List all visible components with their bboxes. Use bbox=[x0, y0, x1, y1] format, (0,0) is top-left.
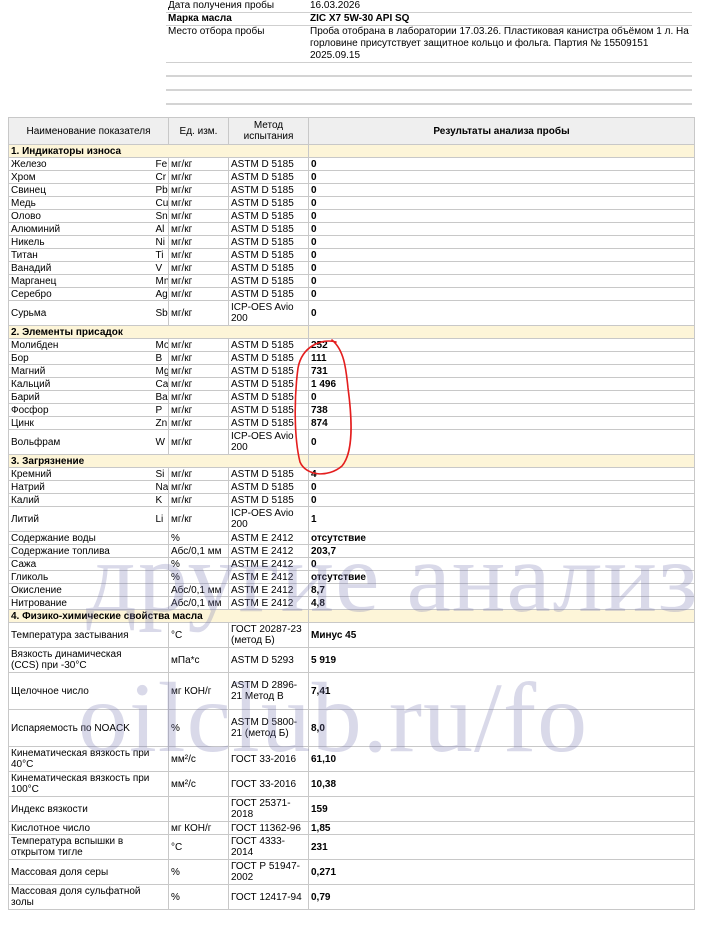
element-symbol: Fe bbox=[153, 158, 169, 171]
indicator-name: Кислотное число bbox=[9, 822, 153, 835]
result-value: 4 bbox=[309, 468, 695, 481]
table-row: ЛитийLiмг/кгICP-OES Avio 2001 bbox=[9, 507, 695, 532]
table-row: Кислотное числомг КОН/гГОСТ 11362-961,85 bbox=[9, 822, 695, 835]
element-symbol: Mo bbox=[153, 339, 169, 352]
info-blank-row bbox=[166, 76, 692, 90]
test-method: ICP-OES Avio 200 bbox=[229, 507, 309, 532]
test-method: ASTM D 5185 bbox=[229, 378, 309, 391]
unit: мг/кг bbox=[169, 275, 229, 288]
test-method: ASTM D 5185 bbox=[229, 391, 309, 404]
result-value: 0 bbox=[309, 288, 695, 301]
indicator-name: Медь bbox=[9, 197, 153, 210]
indicator-name: Кремний bbox=[9, 468, 153, 481]
info-label: Место отбора пробы bbox=[166, 26, 308, 63]
element-symbol bbox=[153, 673, 169, 710]
info-label: Марка масла bbox=[166, 13, 308, 26]
section-header-row: 2. Элементы присадок bbox=[9, 326, 695, 339]
element-symbol bbox=[153, 571, 169, 584]
unit: мг/кг bbox=[169, 184, 229, 197]
unit: мг/кг bbox=[169, 391, 229, 404]
result-value: 0 bbox=[309, 275, 695, 288]
table-row: Сажа%ASTM E 24120 bbox=[9, 558, 695, 571]
table-row: Гликоль%ASTM E 2412отсутствие bbox=[9, 571, 695, 584]
indicator-name: Кинематическая вязкость при 100°C bbox=[9, 772, 153, 797]
table-row: НитрованиеАбс/0,1 ммASTM E 24124,8 bbox=[9, 597, 695, 610]
indicator-name: Хром bbox=[9, 171, 153, 184]
test-method: ASTM D 5185 bbox=[229, 494, 309, 507]
element-symbol: K bbox=[153, 494, 169, 507]
element-symbol bbox=[153, 648, 169, 673]
indicator-name: Массовая доля серы bbox=[9, 860, 153, 885]
unit: мг/кг bbox=[169, 507, 229, 532]
result-value: 8,7 bbox=[309, 584, 695, 597]
section-title: 4. Физико-химические свойства масла bbox=[9, 610, 309, 623]
table-row: ВанадийVмг/кгASTM D 51850 bbox=[9, 262, 695, 275]
element-symbol: Cr bbox=[153, 171, 169, 184]
test-method: ASTM D 5185 bbox=[229, 184, 309, 197]
indicator-name: Сажа bbox=[9, 558, 153, 571]
result-value: 0 bbox=[309, 391, 695, 404]
info-value: Проба отобрана в лаборатории 17.03.26. П… bbox=[308, 26, 692, 63]
element-symbol bbox=[153, 747, 169, 772]
table-row: КремнийSiмг/кгASTM D 51854 bbox=[9, 468, 695, 481]
result-value: 1,85 bbox=[309, 822, 695, 835]
indicator-name: Цинк bbox=[9, 417, 153, 430]
table-row: КалийKмг/кгASTM D 51850 bbox=[9, 494, 695, 507]
element-symbol: Sn bbox=[153, 210, 169, 223]
table-row: ОкислениеАбс/0,1 ммASTM E 24128,7 bbox=[9, 584, 695, 597]
indicator-name: Фосфор bbox=[9, 404, 153, 417]
indicator-name: Щелочное число bbox=[9, 673, 153, 710]
unit: % bbox=[169, 532, 229, 545]
result-value: отсутствие bbox=[309, 532, 695, 545]
unit bbox=[169, 797, 229, 822]
element-symbol bbox=[153, 835, 169, 860]
unit: мг/кг bbox=[169, 352, 229, 365]
table-row: МедьCuмг/кгASTM D 51850 bbox=[9, 197, 695, 210]
element-symbol: W bbox=[153, 430, 169, 455]
unit: мг/кг bbox=[169, 210, 229, 223]
table-row: НатрийNaмг/кгASTM D 51850 bbox=[9, 481, 695, 494]
result-value: 0 bbox=[309, 236, 695, 249]
table-row: СурьмаSbмг/кгICP-OES Avio 2000 bbox=[9, 301, 695, 326]
table-row: Температура застывания°CГОСТ 20287-23 (м… bbox=[9, 623, 695, 648]
table-row: ТитанTiмг/кгASTM D 51850 bbox=[9, 249, 695, 262]
element-symbol: P bbox=[153, 404, 169, 417]
indicator-name: Нитрование bbox=[9, 597, 153, 610]
indicator-name: Молибден bbox=[9, 339, 153, 352]
section-header-row: 3. Загрязнение bbox=[9, 455, 695, 468]
unit: % bbox=[169, 710, 229, 747]
table-row: МолибденMoмг/кгASTM D 5185252 bbox=[9, 339, 695, 352]
test-method: ASTM D 5185 bbox=[229, 236, 309, 249]
table-row: Вязкость динамическая (CCS) при -30°CмПа… bbox=[9, 648, 695, 673]
test-method: ASTM E 2412 bbox=[229, 571, 309, 584]
indicator-name: Никель bbox=[9, 236, 153, 249]
result-value: 5 919 bbox=[309, 648, 695, 673]
table-row: Массовая доля сульфатной золы%ГОСТ 12417… bbox=[9, 885, 695, 910]
unit: мг КОН/г bbox=[169, 673, 229, 710]
element-symbol: B bbox=[153, 352, 169, 365]
unit: мПа*с bbox=[169, 648, 229, 673]
indicator-name: Серебро bbox=[9, 288, 153, 301]
test-method: ICP-OES Avio 200 bbox=[229, 301, 309, 326]
result-value: 0,271 bbox=[309, 860, 695, 885]
test-method: ASTM E 2412 bbox=[229, 545, 309, 558]
result-value: 731 bbox=[309, 365, 695, 378]
unit: мм²/с bbox=[169, 772, 229, 797]
element-symbol bbox=[153, 597, 169, 610]
indicator-name: Бор bbox=[9, 352, 153, 365]
result-value: Минус 45 bbox=[309, 623, 695, 648]
result-value: 874 bbox=[309, 417, 695, 430]
table-row: Содержание топливаАбс/0,1 ммASTM E 24122… bbox=[9, 545, 695, 558]
table-row: НикельNiмг/кгASTM D 51850 bbox=[9, 236, 695, 249]
table-row: ЖелезоFeмг/кгASTM D 51850 bbox=[9, 158, 695, 171]
indicator-name: Свинец bbox=[9, 184, 153, 197]
element-symbol: Mg bbox=[153, 365, 169, 378]
header-unit: Ед. изм. bbox=[169, 118, 229, 145]
table-row: БарийBaмг/кгASTM D 51850 bbox=[9, 391, 695, 404]
element-symbol bbox=[153, 885, 169, 910]
result-value: 0 bbox=[309, 430, 695, 455]
indicator-name: Индекс вязкости bbox=[9, 797, 153, 822]
element-symbol: Na bbox=[153, 481, 169, 494]
unit: мг/кг bbox=[169, 339, 229, 352]
element-symbol: V bbox=[153, 262, 169, 275]
result-value: 0 bbox=[309, 558, 695, 571]
test-method: ASTM D 5185 bbox=[229, 223, 309, 236]
result-value: 0,79 bbox=[309, 885, 695, 910]
unit: мг КОН/г bbox=[169, 822, 229, 835]
element-symbol bbox=[153, 532, 169, 545]
table-row: ЦинкZnмг/кгASTM D 5185874 bbox=[9, 417, 695, 430]
section-title: 2. Элементы присадок bbox=[9, 326, 309, 339]
result-value: 0 bbox=[309, 262, 695, 275]
unit: мг/кг bbox=[169, 158, 229, 171]
element-symbol bbox=[153, 584, 169, 597]
table-row: ОловоSnмг/кгASTM D 51850 bbox=[9, 210, 695, 223]
unit: мг/кг bbox=[169, 262, 229, 275]
result-value: 0 bbox=[309, 223, 695, 236]
test-method: ASTM D 5185 bbox=[229, 417, 309, 430]
table-row: Кинематическая вязкость при 100°Cмм²/сГО… bbox=[9, 772, 695, 797]
unit: мг/кг bbox=[169, 378, 229, 391]
unit: мг/кг bbox=[169, 288, 229, 301]
indicator-name: Ванадий bbox=[9, 262, 153, 275]
test-method: ГОСТ 12417-94 bbox=[229, 885, 309, 910]
unit: мг/кг bbox=[169, 249, 229, 262]
indicator-name: Испаряемость по NOACK bbox=[9, 710, 153, 747]
info-value: ZIC X7 5W-30 API SQ bbox=[308, 13, 692, 26]
unit: мм²/с bbox=[169, 747, 229, 772]
unit: °C bbox=[169, 835, 229, 860]
result-value: 0 bbox=[309, 197, 695, 210]
test-method: ASTM D 5185 bbox=[229, 468, 309, 481]
indicator-name: Натрий bbox=[9, 481, 153, 494]
element-symbol: Mn bbox=[153, 275, 169, 288]
unit: % bbox=[169, 571, 229, 584]
table-row: БорBмг/кгASTM D 5185111 bbox=[9, 352, 695, 365]
test-method: ГОСТ 33-2016 bbox=[229, 747, 309, 772]
element-symbol bbox=[153, 822, 169, 835]
indicator-name: Вольфрам bbox=[9, 430, 153, 455]
test-method: ASTM D 5185 bbox=[229, 288, 309, 301]
unit: % bbox=[169, 860, 229, 885]
indicator-name: Содержание топлива bbox=[9, 545, 153, 558]
element-symbol bbox=[153, 623, 169, 648]
test-method: ASTM D 5185 bbox=[229, 249, 309, 262]
table-row: КальцийCaмг/кгASTM D 51851 496 bbox=[9, 378, 695, 391]
element-symbol bbox=[153, 558, 169, 571]
unit: мг/кг bbox=[169, 197, 229, 210]
result-value: 0 bbox=[309, 171, 695, 184]
table-row: МарганецMnмг/кгASTM D 51850 bbox=[9, 275, 695, 288]
result-value: 0 bbox=[309, 301, 695, 326]
unit: % bbox=[169, 558, 229, 571]
result-value: 231 bbox=[309, 835, 695, 860]
test-method: ASTM D 5293 bbox=[229, 648, 309, 673]
test-method: ГОСТ 4333-2014 bbox=[229, 835, 309, 860]
indicator-name: Титан bbox=[9, 249, 153, 262]
result-value: 0 bbox=[309, 158, 695, 171]
unit: мг/кг bbox=[169, 223, 229, 236]
result-value: 738 bbox=[309, 404, 695, 417]
element-symbol: Sb bbox=[153, 301, 169, 326]
result-value: 0 bbox=[309, 249, 695, 262]
element-symbol: Ag bbox=[153, 288, 169, 301]
test-method: ASTM D 5185 bbox=[229, 275, 309, 288]
test-method: ASTM E 2412 bbox=[229, 532, 309, 545]
indicator-name: Содержание воды bbox=[9, 532, 153, 545]
result-value: 0 bbox=[309, 210, 695, 223]
indicator-name: Марганец bbox=[9, 275, 153, 288]
table-row: Содержание воды%ASTM E 2412отсутствие bbox=[9, 532, 695, 545]
test-method: ASTM D 5185 bbox=[229, 339, 309, 352]
unit: мг/кг bbox=[169, 301, 229, 326]
test-method: ГОСТ 11362-96 bbox=[229, 822, 309, 835]
test-method: ASTM D 5185 bbox=[229, 197, 309, 210]
table-row: ВольфрамWмг/кгICP-OES Avio 2000 bbox=[9, 430, 695, 455]
indicator-name: Температура вспышки в открытом тигле bbox=[9, 835, 153, 860]
unit: мг/кг bbox=[169, 171, 229, 184]
test-method: ASTM D 5185 bbox=[229, 158, 309, 171]
unit: °C bbox=[169, 623, 229, 648]
test-method: ASTM D 5185 bbox=[229, 171, 309, 184]
table-row: АлюминийAlмг/кгASTM D 51850 bbox=[9, 223, 695, 236]
unit: мг/кг bbox=[169, 481, 229, 494]
indicator-name: Окисление bbox=[9, 584, 153, 597]
indicator-name: Кальций bbox=[9, 378, 153, 391]
result-value: 111 bbox=[309, 352, 695, 365]
indicator-name: Сурьма bbox=[9, 301, 153, 326]
test-method: ASTM D 5185 bbox=[229, 352, 309, 365]
table-row: МагнийMgмг/кгASTM D 5185731 bbox=[9, 365, 695, 378]
element-symbol: Zn bbox=[153, 417, 169, 430]
table-row: СвинецPbмг/кгASTM D 51850 bbox=[9, 184, 695, 197]
indicator-name: Литий bbox=[9, 507, 153, 532]
info-row: Дата получения пробы16.03.2026 bbox=[166, 0, 692, 13]
header-result: Результаты анализа пробы bbox=[309, 118, 695, 145]
table-row: ФосфорPмг/кгASTM D 5185738 bbox=[9, 404, 695, 417]
info-label: Дата получения пробы bbox=[166, 0, 308, 13]
unit: мг/кг bbox=[169, 236, 229, 249]
info-row: Марка маслаZIC X7 5W-30 API SQ bbox=[166, 13, 692, 26]
element-symbol bbox=[153, 710, 169, 747]
unit: Абс/0,1 мм bbox=[169, 584, 229, 597]
indicator-name: Магний bbox=[9, 365, 153, 378]
element-symbol bbox=[153, 860, 169, 885]
result-value: 7,41 bbox=[309, 673, 695, 710]
result-value: 252 bbox=[309, 339, 695, 352]
indicator-name: Массовая доля сульфатной золы bbox=[9, 885, 153, 910]
test-method: ASTM D 5185 bbox=[229, 481, 309, 494]
info-blank-row bbox=[166, 90, 692, 104]
test-method: ASTM D 5185 bbox=[229, 262, 309, 275]
element-symbol: Cu bbox=[153, 197, 169, 210]
element-symbol bbox=[153, 797, 169, 822]
indicator-name: Вязкость динамическая (CCS) при -30°C bbox=[9, 648, 153, 673]
section-header-row: 4. Физико-химические свойства масла bbox=[9, 610, 695, 623]
table-row: Температура вспышки в открытом тигле°CГО… bbox=[9, 835, 695, 860]
section-title: 1. Индикаторы износа bbox=[9, 145, 309, 158]
info-value: 16.03.2026 bbox=[308, 0, 692, 13]
indicator-name: Барий bbox=[9, 391, 153, 404]
indicator-name: Температура застывания bbox=[9, 623, 153, 648]
result-value: 4,8 bbox=[309, 597, 695, 610]
test-method: ICP-OES Avio 200 bbox=[229, 430, 309, 455]
element-symbol: Li bbox=[153, 507, 169, 532]
element-symbol: Ca bbox=[153, 378, 169, 391]
test-method: ГОСТ 33-2016 bbox=[229, 772, 309, 797]
table-row: ХромCrмг/кгASTM D 51850 bbox=[9, 171, 695, 184]
table-row: Щелочное числомг КОН/гASTM D 2896-21 Мет… bbox=[9, 673, 695, 710]
unit: мг/кг bbox=[169, 404, 229, 417]
result-value: 203,7 bbox=[309, 545, 695, 558]
element-symbol: Ni bbox=[153, 236, 169, 249]
element-symbol bbox=[153, 772, 169, 797]
unit: мг/кг bbox=[169, 417, 229, 430]
unit: % bbox=[169, 885, 229, 910]
indicator-name: Алюминий bbox=[9, 223, 153, 236]
unit: мг/кг bbox=[169, 365, 229, 378]
sample-info-table: Дата получения пробы16.03.2026Марка масл… bbox=[166, 0, 692, 105]
result-value: 0 bbox=[309, 184, 695, 197]
indicator-name: Кинематическая вязкость при 40°C bbox=[9, 747, 153, 772]
section-header-row: 1. Индикаторы износа bbox=[9, 145, 695, 158]
section-title: 3. Загрязнение bbox=[9, 455, 309, 468]
indicator-name: Гликоль bbox=[9, 571, 153, 584]
element-symbol: Si bbox=[153, 468, 169, 481]
test-method: ASTM D 5800-21 (метод Б) bbox=[229, 710, 309, 747]
result-value: 1 496 bbox=[309, 378, 695, 391]
test-method: ГОСТ 20287-23 (метод Б) bbox=[229, 623, 309, 648]
unit: Абс/0,1 мм bbox=[169, 545, 229, 558]
element-symbol: Ba bbox=[153, 391, 169, 404]
table-row: Испаряемость по NOACK%ASTM D 5800-21 (ме… bbox=[9, 710, 695, 747]
table-header-row: Наименование показателя Ед. изм. Метод и… bbox=[9, 118, 695, 145]
table-row: Массовая доля серы%ГОСТ Р 51947-20020,27… bbox=[9, 860, 695, 885]
result-value: отсутствие bbox=[309, 571, 695, 584]
table-row: Кинематическая вязкость при 40°Cмм²/сГОС… bbox=[9, 747, 695, 772]
result-value: 10,38 bbox=[309, 772, 695, 797]
analysis-results-table: Наименование показателя Ед. изм. Метод и… bbox=[8, 117, 695, 910]
header-name: Наименование показателя bbox=[9, 118, 169, 145]
test-method: ASTM E 2412 bbox=[229, 597, 309, 610]
element-symbol: Ti bbox=[153, 249, 169, 262]
result-value: 1 bbox=[309, 507, 695, 532]
info-blank-row bbox=[166, 63, 692, 77]
table-row: Индекс вязкостиГОСТ 25371-2018159 bbox=[9, 797, 695, 822]
header-method: Метод испытания bbox=[229, 118, 309, 145]
test-method: ASTM D 2896-21 Метод В bbox=[229, 673, 309, 710]
test-method: ASTM D 5185 bbox=[229, 365, 309, 378]
test-method: ГОСТ Р 51947-2002 bbox=[229, 860, 309, 885]
table-row: СереброAgмг/кгASTM D 51850 bbox=[9, 288, 695, 301]
result-value: 159 bbox=[309, 797, 695, 822]
indicator-name: Калий bbox=[9, 494, 153, 507]
test-method: ASTM D 5185 bbox=[229, 404, 309, 417]
test-method: ASTM D 5185 bbox=[229, 210, 309, 223]
result-value: 0 bbox=[309, 494, 695, 507]
result-value: 8,0 bbox=[309, 710, 695, 747]
unit: мг/кг bbox=[169, 494, 229, 507]
result-value: 61,10 bbox=[309, 747, 695, 772]
element-symbol: Al bbox=[153, 223, 169, 236]
unit: Абс/0,1 мм bbox=[169, 597, 229, 610]
unit: мг/кг bbox=[169, 468, 229, 481]
indicator-name: Олово bbox=[9, 210, 153, 223]
indicator-name: Железо bbox=[9, 158, 153, 171]
info-row: Место отбора пробыПроба отобрана в лабор… bbox=[166, 26, 692, 63]
element-symbol: Pb bbox=[153, 184, 169, 197]
unit: мг/кг bbox=[169, 430, 229, 455]
element-symbol bbox=[153, 545, 169, 558]
test-method: ASTM E 2412 bbox=[229, 584, 309, 597]
result-value: 0 bbox=[309, 481, 695, 494]
test-method: ГОСТ 25371-2018 bbox=[229, 797, 309, 822]
test-method: ASTM E 2412 bbox=[229, 558, 309, 571]
